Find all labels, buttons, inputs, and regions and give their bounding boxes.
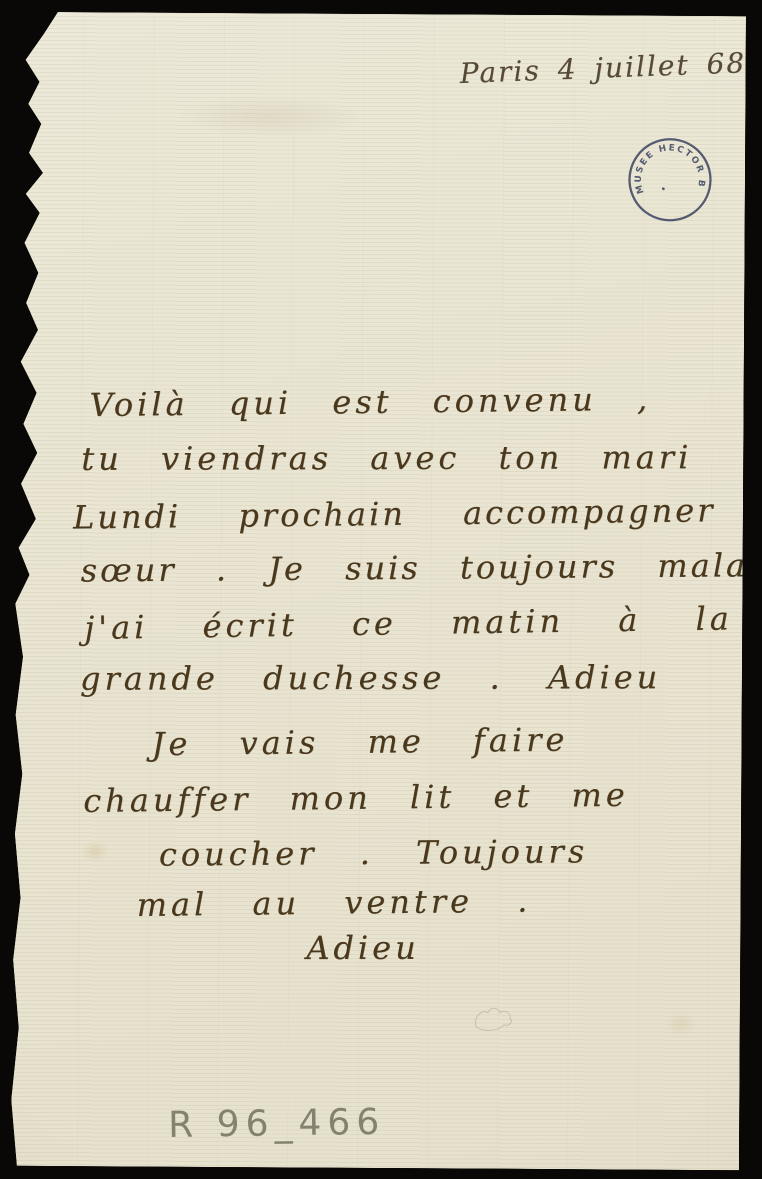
paper-stain	[666, 1012, 696, 1036]
letter-page: Paris 4 juillet 68. MUSEE HECTOR BERLIOZ…	[7, 12, 746, 1170]
letter-line: Je vais me faire	[151, 724, 568, 761]
date-line: Paris 4 juillet 68.	[459, 46, 757, 90]
letter-line: tu viendras avec ton mari	[81, 441, 692, 475]
paper-watermark	[470, 1001, 522, 1037]
letter-line: Lundi prochain accompagner ta	[73, 493, 762, 533]
letter-line: Voilà qui est convenu ,	[89, 383, 651, 421]
museum-stamp-icon: MUSEE HECTOR BERLIOZ	[620, 130, 720, 230]
photo-background: Paris 4 juillet 68. MUSEE HECTOR BERLIOZ…	[0, 0, 762, 1179]
letter-line: chauffer mon lit et me	[83, 779, 629, 817]
paper-stain	[81, 840, 109, 862]
letter-line: coucher . Toujours	[159, 835, 589, 870]
letter-line: Adieu	[306, 932, 419, 964]
letter-line: j'ai écrit ce matin à la	[84, 602, 733, 644]
letter-line: sœur . Je suis toujours malade ,	[81, 549, 762, 587]
letter-line: grande duchesse . Adieu	[80, 661, 661, 695]
paper-stain	[173, 95, 363, 138]
catalog-number: R 96_466	[168, 1102, 386, 1146]
letter-line: mal au ventre .	[136, 884, 531, 920]
